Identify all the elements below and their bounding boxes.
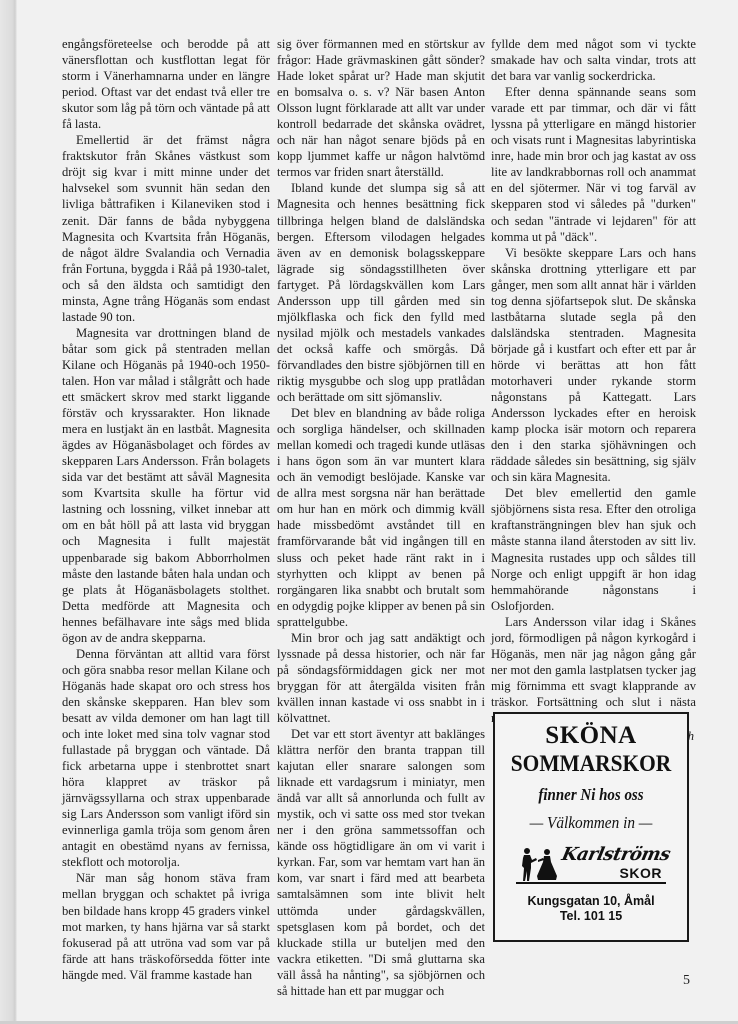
ad-welcome-text: — Välkommen in —	[505, 812, 678, 834]
dancing-couple-icon	[518, 846, 560, 882]
ad-headline-line1: SKÖNA	[495, 722, 687, 750]
paragraph: Det var ett stort äventyr att baklänges …	[277, 726, 485, 999]
shoe-store-advertisement: SKÖNA SOMMARSKOR finner Ni hos oss — Väl…	[493, 712, 689, 942]
ad-headline-line2: SOMMARSKOR	[502, 750, 681, 778]
logo-script-name: Karlströms	[560, 844, 672, 865]
paragraph: Denna förväntan att alltid vara först oc…	[62, 646, 270, 871]
paragraph: När man såg honom stäva fram mellan bryg…	[62, 870, 270, 982]
ad-address-block: Kungsgatan 10, Åmål Tel. 101 15	[495, 894, 687, 924]
ad-subtitle: finner Ni hos oss	[507, 784, 676, 806]
paragraph: Magnesita var drottningen bland de båtar…	[62, 325, 270, 646]
ad-phone: Tel. 101 15	[495, 909, 687, 924]
page-gutter-shadow	[0, 0, 17, 1024]
ad-street-address: Kungsgatan 10, Åmål	[495, 894, 687, 909]
paragraph: fyllde dem med något som vi tyckte smaka…	[491, 36, 696, 84]
store-logo-text: Karlströms SKOR	[560, 846, 664, 882]
paragraph: Ibland kunde det slumpa sig så att Magne…	[277, 180, 485, 405]
paragraph: Emellertid är det främst några fraktskut…	[62, 132, 270, 325]
paragraph: Det blev en blandning av både roliga och…	[277, 405, 485, 630]
logo-skor: SKOR	[620, 865, 662, 881]
page-number: 5	[683, 973, 690, 989]
paragraph: Vi besökte skeppare Lars och hans skånsk…	[491, 245, 696, 486]
paragraph: Lars Andersson vilar idag i Skånes jord,…	[491, 614, 696, 726]
paragraph: sig över förmannen med en störtskur av f…	[277, 36, 485, 180]
article-column-1: engångsföreteelse och berodde på att vän…	[62, 36, 270, 983]
store-logo: Karlströms SKOR	[516, 844, 666, 884]
paragraph: Efter denna spännande seans som varade e…	[491, 84, 696, 244]
article-column-2: sig över förmannen med en störtskur av f…	[277, 36, 485, 999]
paragraph: Det blev emellertid den gamle sjöbjörnen…	[491, 485, 696, 613]
paragraph: Min bror och jag satt andäktigt och lyss…	[277, 630, 485, 726]
article-column-3: fyllde dem med något som vi tyckte smaka…	[491, 36, 696, 744]
paragraph: engångsföreteelse och berodde på att vän…	[62, 36, 270, 132]
